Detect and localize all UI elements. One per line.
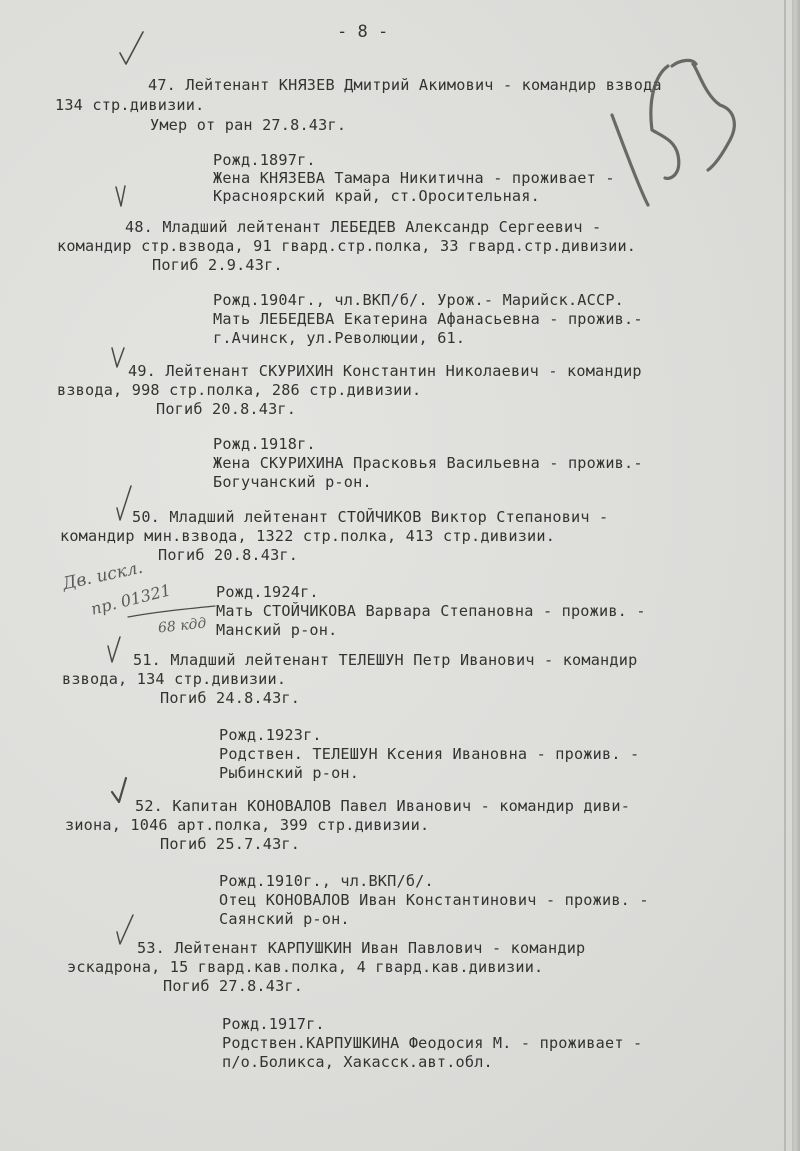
check-mark-icon <box>117 486 131 520</box>
check-mark-icon <box>120 32 143 64</box>
sheet-number-153 <box>612 60 734 205</box>
check-mark-icon <box>112 348 124 367</box>
page-right-edge <box>792 0 800 1151</box>
check-mark-icon <box>117 915 133 944</box>
check-mark-icon <box>116 186 125 206</box>
check-mark-icon <box>112 778 126 802</box>
archival-document-page: - 8 - 47. Лейтенант КНЯЗЕВ Дмитрий Акимо… <box>0 0 792 1151</box>
check-mark-icon <box>108 637 120 662</box>
